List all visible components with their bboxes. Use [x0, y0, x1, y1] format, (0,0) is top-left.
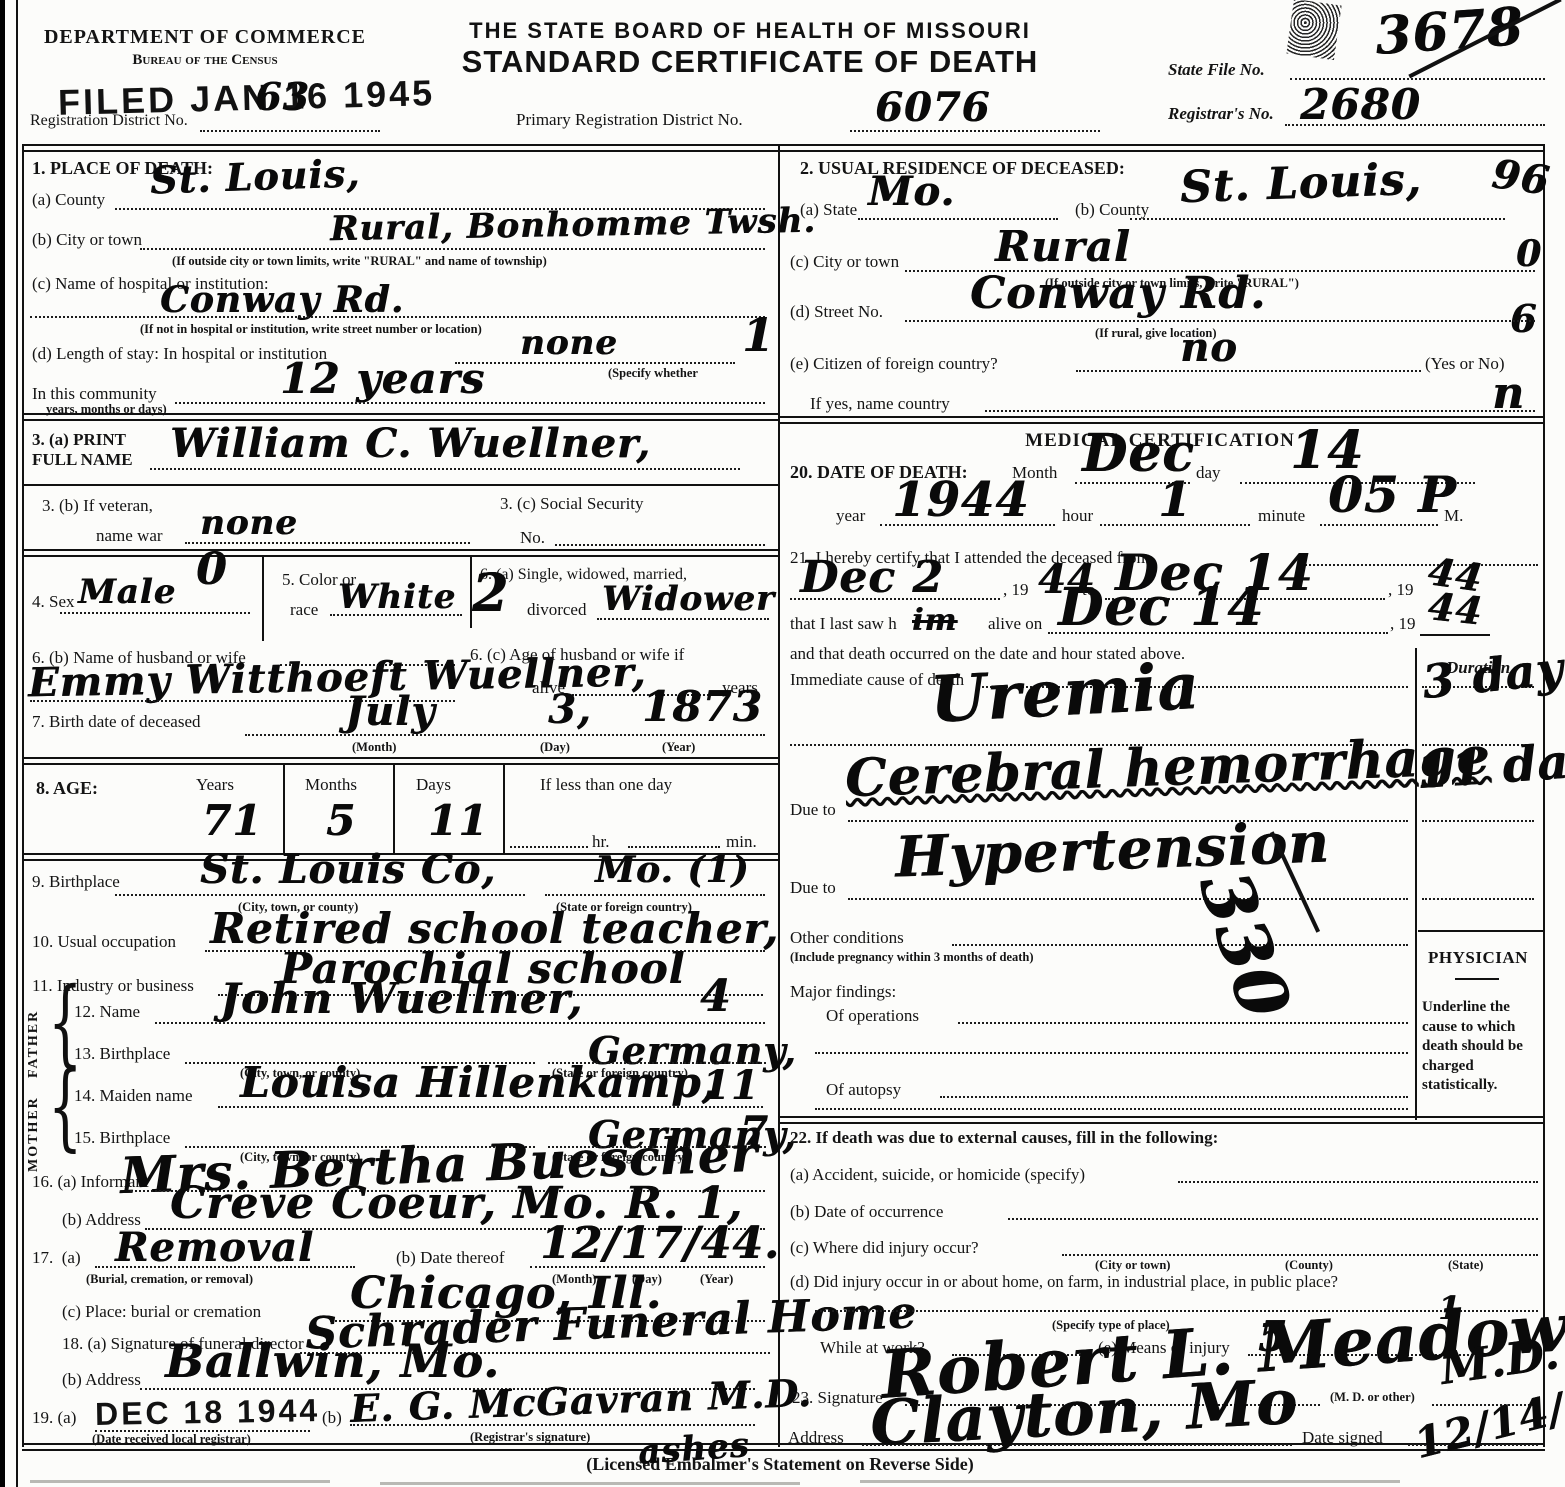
sex-label: 4. Sex: [32, 592, 75, 612]
age-years-value: 71: [202, 800, 262, 842]
sex-coder-mark: 0: [196, 548, 228, 592]
residence-state-line: [858, 218, 1058, 220]
attended-from-line: [790, 598, 1000, 600]
age-days-header: Days: [416, 775, 451, 795]
full-name-value: William C. Wuellner,: [170, 424, 651, 464]
immediate-duration-value: 3 day: [1420, 645, 1565, 706]
full-name-line: [150, 468, 740, 470]
attended-from-value: Dec 2: [800, 556, 944, 600]
operations-label: Of operations: [826, 1006, 919, 1026]
lbl19a: , 19: [1003, 580, 1029, 600]
stay-coder-mark: 1: [742, 312, 775, 358]
community-label: In this community: [32, 384, 157, 404]
dept-of-commerce: DEPARTMENT OF COMMERCE: [35, 26, 375, 49]
dod-minute-label: minute: [1258, 506, 1305, 526]
sex-line: [60, 612, 250, 614]
dod-hour-label: hour: [1062, 506, 1093, 526]
md-or-other-note: (M. D. or other): [1330, 1390, 1415, 1405]
birthplace-line1: [115, 894, 525, 896]
age-months-value: 5: [326, 800, 356, 842]
lastsaw-line: [1048, 632, 1388, 634]
scan-noise-line: [380, 1482, 800, 1485]
birthdate-year-note: (Year): [662, 740, 695, 755]
registration-district-line: [200, 130, 380, 132]
residence-state-value: Mo.: [868, 172, 955, 212]
birthdate-month: July: [345, 692, 435, 732]
registrar-no-value: 2680: [1300, 84, 1421, 126]
spouse-age-label1: 6. (c) Age of husband or wife if: [470, 645, 684, 665]
color-race-label2: race: [290, 600, 318, 620]
registrar-no-line: [1285, 124, 1545, 126]
margin-mark-6: 6: [1510, 300, 1537, 338]
birthdate-year: 1873: [642, 686, 763, 728]
birthdate-month-note: (Month): [352, 740, 396, 755]
injury-state-note: (State): [1448, 1258, 1483, 1273]
birthdate-day-note: (Day): [540, 740, 570, 755]
accident-label: (a) Accident, suicide, or homicide (spec…: [790, 1165, 1085, 1185]
registrar-sig-extra: ashes: [637, 1428, 751, 1470]
father-name-label: 12. Name: [74, 1002, 140, 1022]
date-signed-label: Date signed: [1302, 1428, 1383, 1448]
race-value: White: [338, 580, 456, 614]
received-date-stamp: DEC 18 1944: [95, 1394, 321, 1430]
residence-county-label: (b) County: [1075, 200, 1149, 220]
primary-district-value: 6076: [875, 88, 990, 128]
lastsaw-line3b: alive on: [988, 614, 1042, 634]
full-name-label: FULL NAME: [32, 450, 133, 470]
disposal-value: Removal: [115, 1228, 314, 1268]
state-file-label: State File No.: [1168, 60, 1265, 80]
death-certificate-scan: DEPARTMENT OF COMMERCE Bureau of the Cen…: [0, 0, 1565, 1487]
mother-vertical-label: MOTHER: [26, 1082, 42, 1172]
due-to-1-duration: 11 day: [1415, 736, 1565, 797]
scan-edge-bar: [0, 0, 5, 1487]
ssn-line: [555, 544, 765, 546]
specify-whether-note: (Specify whether: [608, 366, 698, 381]
residence-city-label: (c) City or town: [790, 252, 899, 272]
ink-smudge: [1286, 0, 1341, 60]
lbl19b: , 19: [1388, 580, 1414, 600]
dod-day-label: day: [1196, 463, 1221, 483]
race-line: [330, 614, 462, 616]
age-years-header: Years: [196, 775, 234, 795]
father-name-line: [155, 1022, 765, 1024]
findings-dots-bottom: [815, 1108, 1408, 1110]
name-war-label: name war: [96, 526, 163, 546]
lastsaw-yr3: 44: [1426, 587, 1485, 631]
disposal-num-label: 17. (a): [32, 1248, 81, 1268]
birthdate-label: 7. Birth date of deceased: [32, 712, 201, 732]
father-vertical-label: FATHER: [26, 998, 42, 1078]
county-label: (a) County: [32, 190, 105, 210]
sex-divider: [262, 556, 264, 641]
date-thereof-value: 12/17/44.: [540, 1222, 780, 1266]
sex-value: Male: [78, 575, 176, 609]
birthdate-day: 3,: [548, 690, 592, 730]
father-coder-mark: 4: [700, 975, 732, 1019]
margin-mark-0: 0: [1516, 236, 1542, 272]
left-frame: [22, 144, 24, 1447]
ssn-label: 3. (c) Social Security: [500, 494, 644, 514]
dod-year-value: 1944: [892, 476, 1030, 524]
autopsy-dots: [940, 1096, 1408, 1098]
injury-city-note: (City or town): [1095, 1258, 1170, 1273]
residence-street-line: [905, 320, 1535, 322]
external-causes-title: 22. If death was due to external causes,…: [790, 1128, 1218, 1148]
date-thereof-year-note: (Year): [700, 1272, 733, 1287]
disposal-note: (Burial, cremation, or removal): [86, 1272, 253, 1287]
veteran-value: none: [200, 506, 298, 540]
marital-label2: divorced: [527, 600, 586, 620]
funeral-address-value: Ballwin, Mo.: [165, 1338, 500, 1384]
community-line: [175, 402, 765, 404]
name-country-mark: n: [1492, 372, 1525, 416]
lastsaw-scribble: im: [912, 606, 957, 636]
residence-county-value: St. Louis,: [1179, 158, 1422, 210]
lastsaw-value: Dec 14: [1058, 582, 1264, 634]
other-conditions-dots: [952, 944, 1408, 946]
received-date-note: (Date received local registrar): [92, 1432, 251, 1447]
mother-maiden-value: Louisa Hillenkamp,: [240, 1062, 717, 1104]
registrar-sig-b-label: (b): [322, 1408, 342, 1428]
dod-hour-value: 1: [1158, 476, 1192, 524]
duration-dots-2: [1422, 820, 1534, 822]
registrar-sig-note: (Registrar's signature): [470, 1430, 590, 1445]
injury-county-note: (County): [1285, 1258, 1333, 1273]
community-value: 12 years: [280, 358, 485, 400]
birthplace-value: St. Louis Co,: [200, 850, 496, 890]
occupation-label: 10. Usual occupation: [32, 932, 176, 952]
due-to-1-label: Due to: [790, 800, 836, 820]
duration-column-divider: [1415, 648, 1417, 1120]
certificate-title: STANDARD CERTIFICATE OF DEATH: [420, 46, 1080, 77]
board-title: THE STATE BOARD OF HEALTH OF MISSOURI: [420, 20, 1080, 42]
father-birthplace-label: 13. Birthplace: [74, 1044, 170, 1064]
yr3-underline: [1420, 634, 1490, 636]
mother-maiden-label: 14. Maiden name: [74, 1086, 193, 1106]
major-findings-label: Major findings:: [790, 982, 896, 1002]
city-town-label: (b) City or town: [32, 230, 142, 250]
city-town-value: Rural, Bonhomme Twsh.: [330, 204, 817, 246]
birthdate-line: [245, 734, 765, 736]
mother-coder-mark: 11: [702, 1066, 760, 1106]
other-conditions-label: Other conditions: [790, 928, 904, 948]
right-frame: [1543, 144, 1545, 1447]
embalmer-note: (Licensed Embalmer's Statement on Revers…: [455, 1454, 1105, 1475]
burial-place-label: (c) Place: burial or cremation: [62, 1302, 261, 1322]
dod-minute-line: [1320, 524, 1438, 526]
physician-note: Underline the cause to which death shoul…: [1422, 998, 1540, 1096]
age-months-header: Months: [305, 775, 357, 795]
registrar-sig-line: [350, 1424, 755, 1426]
age-hr-line: [510, 846, 588, 848]
marital-coder-mark: 2: [472, 568, 509, 620]
citizen-label: (e) Citizen of foreign country?: [790, 354, 998, 374]
citizen-value: no: [1180, 328, 1238, 368]
received-num-label: 19. (a): [32, 1408, 76, 1428]
residence-county-line: [1130, 218, 1505, 220]
mother-maiden-line: [218, 1106, 763, 1108]
operations-dots: [958, 1022, 1408, 1024]
length-of-stay-value: none: [520, 326, 618, 360]
hospital-line: [30, 316, 765, 318]
injury-where-label: (c) Where did injury occur?: [790, 1238, 979, 1258]
due-to-1-value: Cerebral hemorrhage: [844, 731, 1491, 805]
residence-street-value: Conway Rd.: [970, 272, 1266, 316]
funeral-address-label: (b) Address: [62, 1370, 141, 1390]
residence-state-label: (a) State: [800, 200, 857, 220]
date-thereof-label: (b) Date thereof: [396, 1248, 505, 1268]
city-town-line: [140, 248, 765, 250]
name-country-label: If yes, name country: [810, 394, 950, 414]
county-value: St. Louis,: [149, 154, 360, 199]
city-town-note: (If outside city or town limits, write "…: [172, 254, 547, 269]
residence-street-label: (d) Street No.: [790, 302, 883, 322]
veteran-label: 3. (b) If veteran,: [42, 496, 153, 516]
dod-year-line: [880, 524, 1055, 526]
ssn-no-label: No.: [520, 528, 545, 548]
disposal-line: [95, 1266, 355, 1268]
primary-district-label: Primary Registration District No.: [516, 110, 743, 130]
age-divider-1: [283, 765, 285, 853]
hospital-note: (If not in hospital or institution, writ…: [140, 322, 482, 337]
marital-value: Widower: [602, 582, 775, 616]
physician-address-label: Address: [788, 1428, 844, 1448]
father-name-value: John Wuellner,: [220, 978, 583, 1020]
age-divider-3: [503, 765, 505, 853]
injury-where-dots: [1062, 1254, 1538, 1256]
duration-dots-3: [1422, 898, 1534, 900]
age-divider-2: [393, 765, 395, 853]
marital-line: [597, 618, 769, 620]
length-of-stay-line: [455, 362, 735, 364]
primary-district-line: [850, 130, 1100, 132]
name-country-line: [985, 410, 1535, 412]
physician-box-top: [1418, 930, 1543, 932]
physician-title: PHYSICIAN: [1428, 948, 1528, 968]
bureau-of-census: Bureau of the Census: [35, 52, 375, 69]
residence-city-value: Rural: [995, 226, 1131, 268]
registration-district-label: Registration District No.: [30, 112, 188, 130]
due-to-2-label: Due to: [790, 878, 836, 898]
dod-minute-value: 05 P: [1328, 470, 1457, 520]
injury-home-label: (d) Did injury occur in or about home, o…: [790, 1272, 1338, 1292]
occurrence-date-dots: [1008, 1218, 1538, 1220]
immediate-cause-value: Uremia: [929, 655, 1202, 733]
lbl19c: , 19: [1390, 614, 1416, 634]
rule-after-name: [22, 484, 778, 486]
scan-noise-line: [30, 1480, 330, 1483]
scan-noise-line: [860, 1480, 1400, 1483]
print-label: 3. (a) PRINT: [32, 430, 126, 450]
occurrence-date-label: (b) Date of occurrence: [790, 1202, 943, 1222]
findings-dots-mid: [815, 1052, 1408, 1054]
hospital-value: Conway Rd.: [160, 282, 404, 318]
top-rule: [22, 144, 1545, 152]
citizen-line: [1076, 370, 1421, 372]
veteran-line: [185, 542, 470, 544]
scan-edge-bar-thin: [16, 0, 18, 1487]
dod-m-label: M.: [1444, 506, 1463, 526]
registration-district-handwriting: 63: [255, 78, 310, 116]
age-days-value: 11: [428, 800, 488, 842]
lastsaw-line3a: that I last saw h: [790, 614, 897, 634]
autopsy-label: Of autopsy: [826, 1080, 901, 1100]
cause-dots-3: [848, 898, 1408, 900]
registrar-no-label: Registrar's No.: [1168, 104, 1274, 124]
rule-after-cause: [780, 1116, 1543, 1124]
birthplace-line2: [545, 894, 765, 896]
birthplace-state-value: Mo. (1): [595, 852, 749, 888]
age-min-line: [628, 846, 720, 848]
dod-hour-line: [1100, 524, 1250, 526]
certify-line1-dots: [1298, 564, 1538, 566]
age-label: 8. AGE:: [36, 778, 98, 799]
dod-year-label: year: [836, 506, 865, 526]
residence-title: 2. USUAL RESIDENCE OF DECEASED:: [800, 158, 1125, 179]
birthplace-label: 9. Birthplace: [32, 872, 120, 892]
accident-dots: [1178, 1181, 1538, 1183]
margin-mark-96: 96: [1489, 154, 1552, 202]
rule-after-s3: [22, 549, 778, 557]
physician-title-rule: [1455, 978, 1499, 980]
age-less-header: If less than one day: [540, 775, 672, 795]
other-conditions-note: (Include pregnancy within 3 months of de…: [790, 950, 1034, 965]
rule-after-s7: [22, 757, 778, 765]
other-conditions-mark: 330: [1188, 863, 1301, 1026]
